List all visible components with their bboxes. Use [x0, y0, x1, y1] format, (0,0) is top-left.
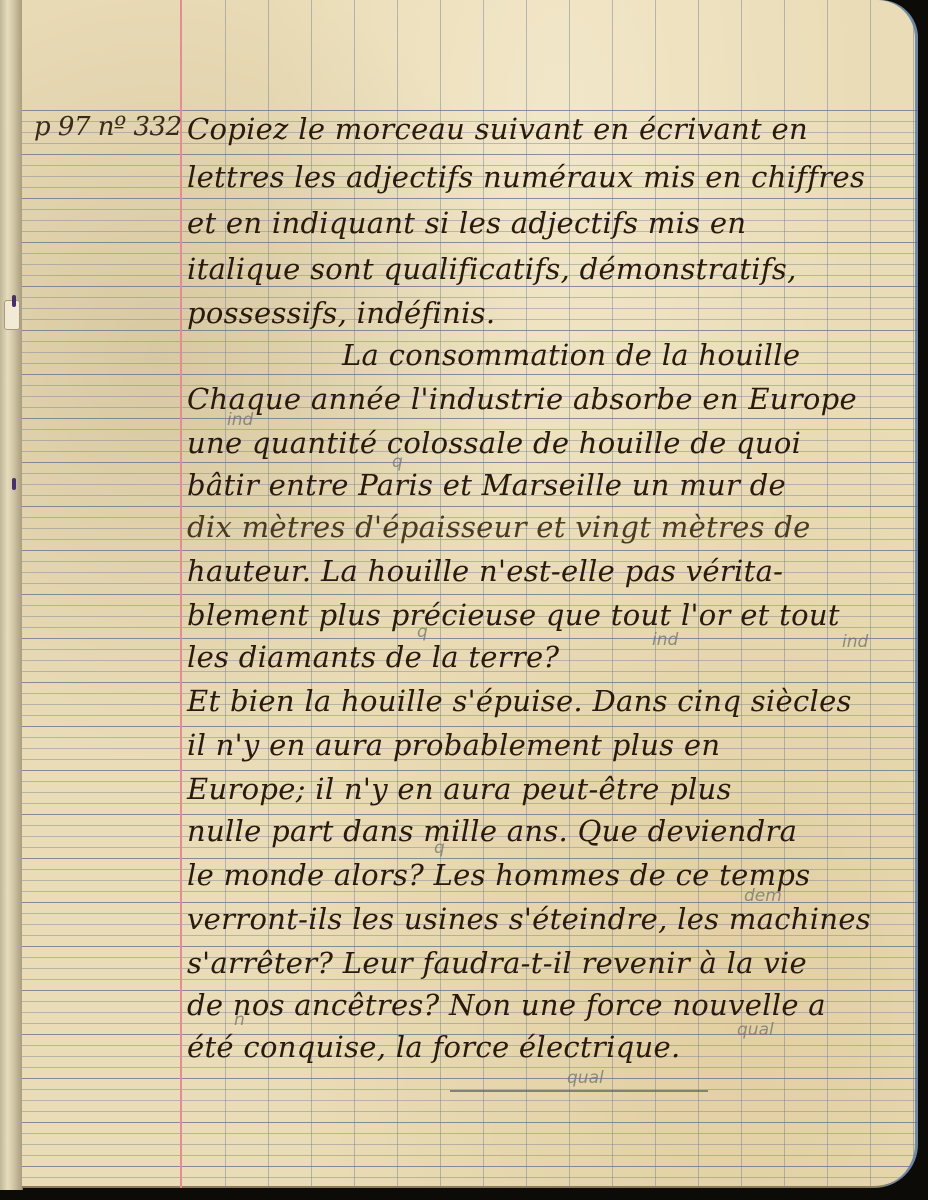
body-line: le monde alors? Les hommes de ce temps — [187, 858, 810, 892]
ink-mark — [12, 478, 16, 490]
instruction-line: lettres les adjectifs numéraux mis en ch… — [187, 160, 865, 194]
pencil-annotation: q — [434, 838, 445, 858]
notebook-page: p 97 nº 332 Copiez le morceau suivant en… — [22, 0, 918, 1188]
body-line: s'arrêter? Leur faudra-t-il revenir à la… — [187, 946, 807, 980]
body-line: Chaque année l'industrie absorbe en Euro… — [187, 382, 857, 416]
notebook-binding — [0, 0, 23, 1190]
closing-underline — [450, 1090, 708, 1092]
body-line: été conquise, la force électrique. — [187, 1030, 681, 1064]
pencil-annotation: dem — [744, 886, 782, 906]
body-line: dix mètres d'épaisseur et vingt mètres d… — [187, 510, 811, 544]
instruction-line: possessifs, indéfinis. — [187, 296, 495, 330]
body-line: Et bien la houille s'épuise. Dans cinq s… — [187, 684, 852, 718]
pencil-annotation: qual — [567, 1068, 604, 1088]
pencil-annotation: q — [392, 452, 403, 472]
body-line: blement plus précieuse que tout l'or et … — [187, 598, 840, 632]
body-line: hauteur. La houille n'est-elle pas vérit… — [187, 554, 783, 588]
body-line: bâtir entre Paris et Marseille un mur de — [187, 468, 786, 502]
pencil-annotation: q — [417, 622, 428, 642]
pencil-annotation: qual — [737, 1020, 774, 1040]
pencil-annotation: ind — [652, 630, 678, 650]
handwritten-content: p 97 nº 332 Copiez le morceau suivant en… — [22, 0, 918, 1188]
body-line: une quantité colossale de houille de quo… — [187, 426, 801, 460]
pencil-annotation: ind — [227, 410, 253, 430]
instruction-line: Copiez le morceau suivant en écrivant en — [187, 112, 808, 146]
body-line: de nos ancêtres? Non une force nouvelle … — [187, 988, 826, 1022]
instruction-line: italique sont qualificatifs, démonstrati… — [187, 252, 797, 286]
body-line: nulle part dans mille ans. Que deviendra — [187, 814, 797, 848]
body-line: verront-ils les usines s'éteindre, les m… — [187, 902, 871, 936]
body-line: il n'y en aura probablement plus en — [187, 728, 720, 762]
body-line: les diamants de la terre? — [187, 640, 559, 674]
text-title: La consommation de la houille — [342, 338, 800, 372]
body-line: Europe; il n'y en aura peut-être plus — [187, 772, 732, 806]
pencil-annotation: n — [234, 1010, 245, 1030]
exercise-reference: p 97 nº 332 — [34, 112, 182, 142]
ink-mark — [12, 295, 16, 307]
pencil-annotation: ind — [842, 632, 868, 652]
instruction-line: et en indiquant si les adjectifs mis en — [187, 206, 746, 240]
